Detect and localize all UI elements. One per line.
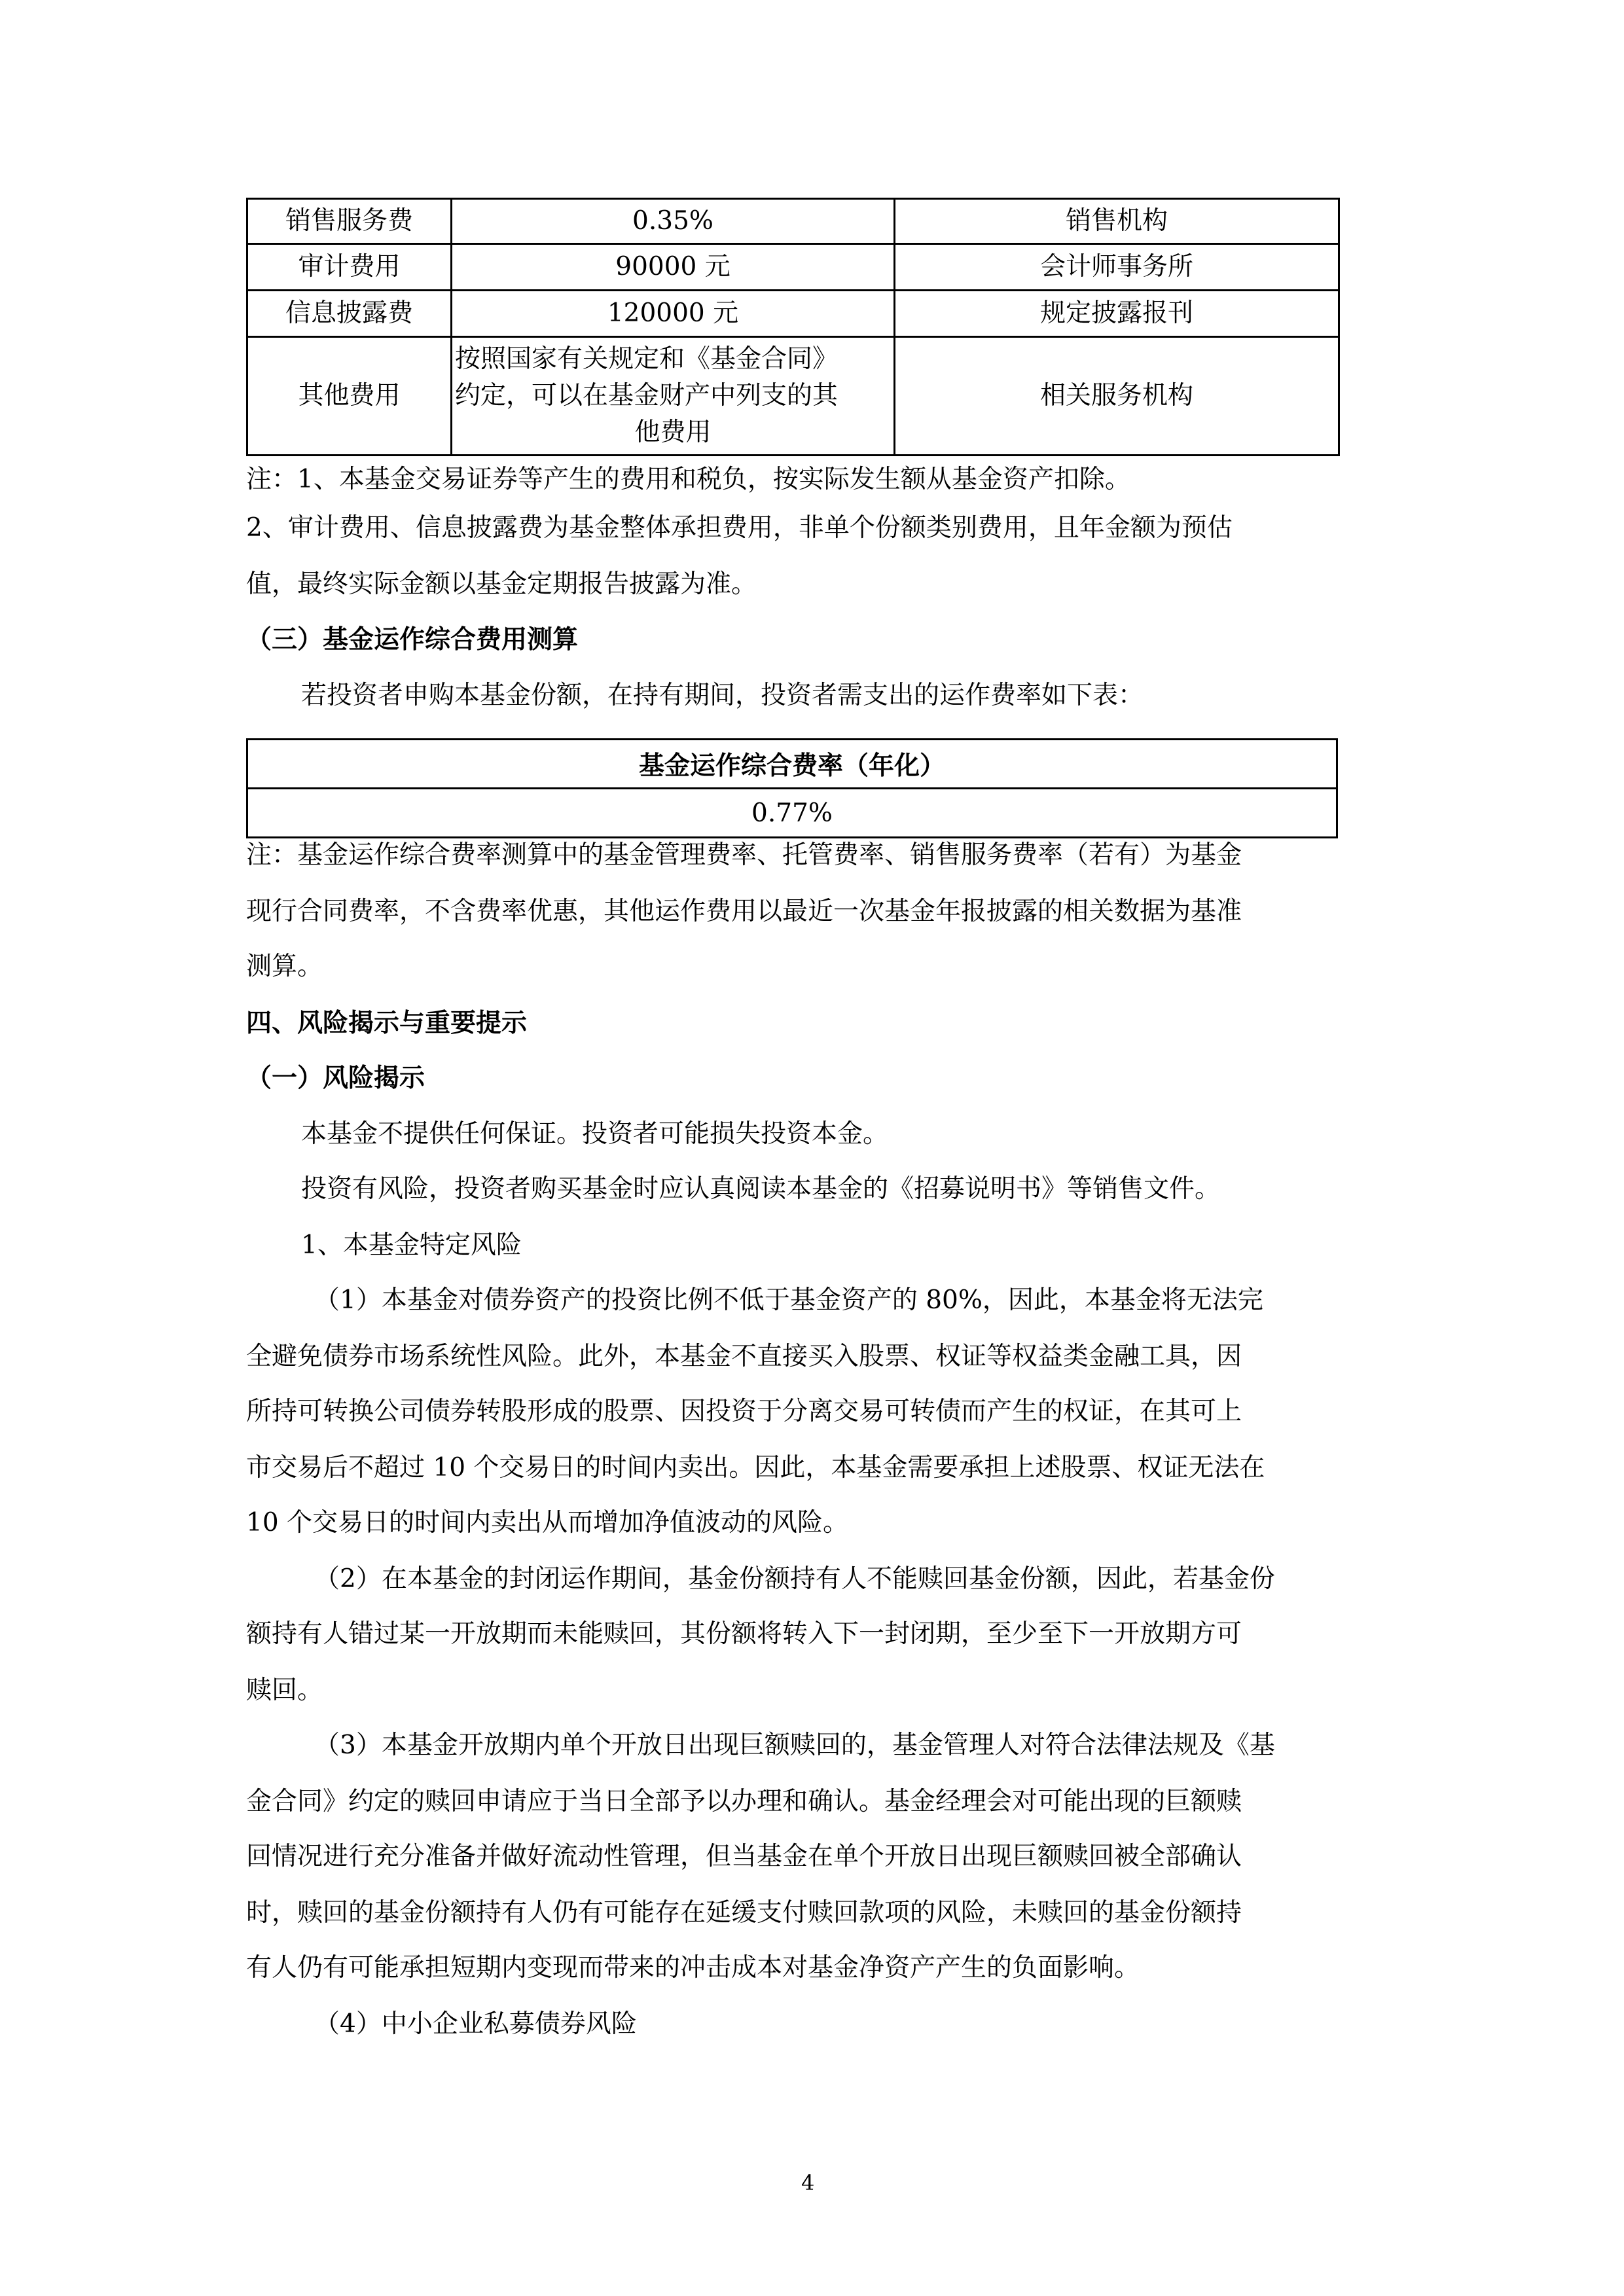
fee-amount: 120000 元 [452,291,895,337]
section-3-intro: 若投资者申购本基金份额，在持有期间，投资者需支出的运作费率如下表： [301,679,1393,712]
fee-recipient: 销售机构 [895,199,1339,244]
fee-table: 销售服务费 0.35% 销售机构 审计费用 90000 元 会计师事务所 信息披… [246,198,1340,456]
fee-recipient: 相关服务机构 [895,337,1339,456]
risk-1-line: （1）本基金对债券资产的投资比例不低于基金资产的 80%，因此，本基金将无法完 [314,1284,1406,1317]
rate-note-line-1: 注：基金运作综合费率测算中的基金管理费率、托管费率、销售服务费率（若有）为基金 [246,839,1338,872]
fee-amount: 按照国家有关规定和《基金合同》 约定，可以在基金财产中列支的其 他费用 [452,337,895,456]
fee-recipient: 规定披露报刊 [895,291,1339,337]
section-4-p2: 投资有风险，投资者购买基金时应认真阅读本基金的《招募说明书》等销售文件。 [301,1173,1393,1206]
risk-2-line: （2）在本基金的封闭运作期间，基金份额持有人不能赎回基金份额，因此，若基金份 [314,1563,1406,1596]
section-3-heading: （三）基金运作综合费用测算 [246,623,1338,656]
risk-1-line: 10 个交易日的时间内卖出从而增加净值波动的风险。 [246,1507,1338,1539]
fee-row-other: 其他费用 按照国家有关规定和《基金合同》 约定，可以在基金财产中列支的其 他费用… [247,337,1339,456]
risk-4-heading: （4）中小企业私募债券风险 [314,2008,1406,2041]
fee-item: 销售服务费 [247,199,452,244]
section-4-item-1: 1、本基金特定风险 [301,1229,1393,1262]
fee-row-sales-service: 销售服务费 0.35% 销售机构 [247,199,1339,244]
rate-note-line-2: 现行合同费率，不含费率优惠，其他运作费用以最近一次基金年报披露的相关数据为基准 [246,895,1338,928]
risk-3-line: 回情况进行充分准备并做好流动性管理，但当基金在单个开放日出现巨额赎回被全部确认 [246,1840,1338,1873]
note-2-line-2: 值，最终实际金额以基金定期报告披露为准。 [246,568,1338,601]
fee-row-audit: 审计费用 90000 元 会计师事务所 [247,244,1339,291]
fee-amount: 90000 元 [452,244,895,291]
note-2-line-1: 2、审计费用、信息披露费为基金整体承担费用，非单个份额类别费用，且年金额为预估 [246,512,1338,545]
rate-table-header: 基金运作综合费率（年化） [247,740,1337,789]
risk-3-line: 有人仍有可能承担短期内变现而带来的冲击成本对基金净资产产生的负面影响。 [246,1952,1338,1984]
rate-note-line-3: 测算。 [246,950,1338,983]
note-1: 注：1、本基金交易证券等产生的费用和税负，按实际发生额从基金资产扣除。 [246,463,1338,496]
fee-item: 审计费用 [247,244,452,291]
risk-3-line: 时，赎回的基金份额持有人仍有可能存在延缓支付赎回款项的风险，未赎回的基金份额持 [246,1897,1338,1929]
fee-amount-line: 按照国家有关规定和《基金合同》 [455,341,891,378]
risk-1-line: 所持可转换公司债券转股形成的股票、因投资于分离交易可转债而产生的权证，在其可上 [246,1395,1338,1428]
risk-2-line: 额持有人错过某一开放期而未能赎回，其份额将转入下一封闭期，至少至下一开放期方可 [246,1618,1338,1651]
page-number: 4 [801,2170,814,2195]
section-4-sub-1: （一）风险揭示 [246,1062,1338,1094]
risk-3-line: 金合同》约定的赎回申请应于当日全部予以办理和确认。基金经理会对可能出现的巨额赎 [246,1785,1338,1818]
fee-amount-line: 约定，可以在基金财产中列支的其 [455,378,891,414]
risk-3-line: （3）本基金开放期内单个开放日出现巨额赎回的，基金管理人对符合法律法规及《基 [314,1729,1406,1762]
section-4-heading: 四、风险揭示与重要提示 [246,1007,1338,1039]
fee-recipient: 会计师事务所 [895,244,1339,291]
rate-table: 基金运作综合费率（年化） 0.77% [246,738,1338,838]
risk-1-line: 全避免债券市场系统性风险。此外，本基金不直接买入股票、权证等权益类金融工具，因 [246,1340,1338,1373]
fee-item: 其他费用 [247,337,452,456]
fee-item: 信息披露费 [247,291,452,337]
risk-2-line: 赎回。 [246,1674,1338,1707]
rate-table-value: 0.77% [247,789,1337,838]
fee-row-disclosure: 信息披露费 120000 元 规定披露报刊 [247,291,1339,337]
risk-1-line: 市交易后不超过 10 个交易日的时间内卖出。因此，本基金需要承担上述股票、权证无… [246,1452,1338,1484]
section-4-p1: 本基金不提供任何保证。投资者可能损失投资本金。 [301,1118,1393,1151]
fee-amount-line: 他费用 [455,414,891,451]
fee-amount: 0.35% [452,199,895,244]
